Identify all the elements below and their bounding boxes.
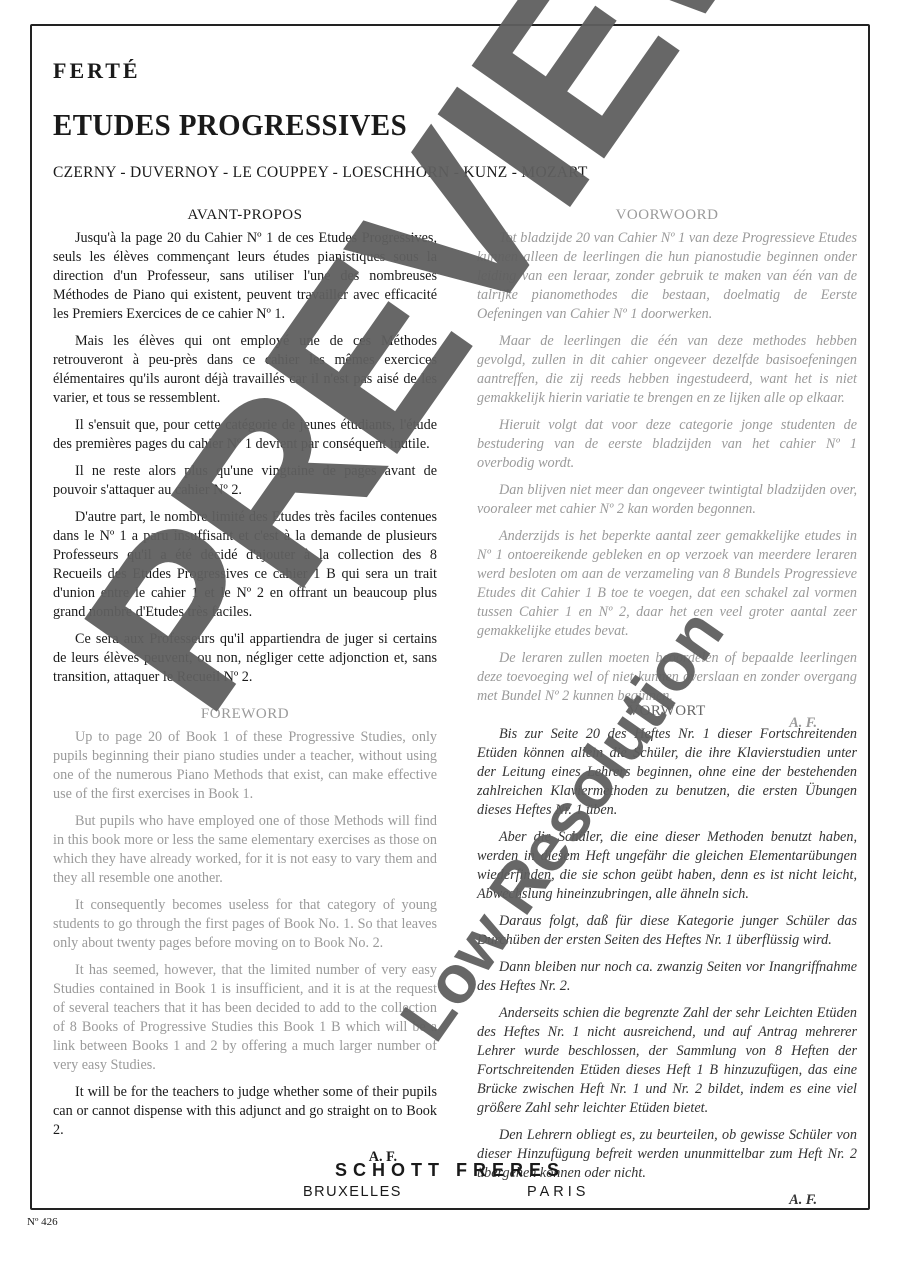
paragraph: Il s'ensuit que, pour cette catégorie de…: [53, 416, 437, 454]
paragraph: Dan blijven niet meer dan ongeveer twint…: [477, 481, 857, 519]
paragraph: It consequently becomes useless for that…: [53, 896, 437, 953]
paragraph: Mais les élèves qui ont employé une de c…: [53, 332, 437, 408]
paragraph: Anderseits schien die begrenzte Zahl der…: [477, 1004, 857, 1118]
paragraph: Dann bleiben nur noch ca. zwanzig Seiten…: [477, 958, 857, 996]
composers-line: CZERNY - DUVERNOY - LE COUPPEY - LOESCHH…: [53, 164, 588, 182]
section-dutch: VOORWOORD Tot bladzijde 20 van Cahier Nº…: [477, 206, 857, 733]
paragraph: Up to page 20 of Book 1 of these Progres…: [53, 728, 437, 804]
section-german: VORWORT Bis zur Seite 20 des Heftes Nr. …: [477, 702, 857, 1210]
paragraph: Daraus folgt, daß für diese Kategorie ju…: [477, 912, 857, 950]
section-english: FOREWORD Up to page 20 of Book 1 of thes…: [53, 705, 437, 1167]
paragraph: Bis zur Seite 20 des Heftes Nr. 1 dieser…: [477, 725, 857, 820]
paragraph: But pupils who have employed one of thos…: [53, 812, 437, 888]
header: FERTÉ: [53, 58, 141, 84]
paragraph: It has seemed, however, that the limited…: [53, 961, 437, 1075]
paragraph: Hieruit volgt dat voor deze categorie jo…: [477, 416, 857, 473]
section-title-english: FOREWORD: [53, 705, 437, 724]
publisher-name: SCHOTT FRERES: [0, 1160, 900, 1181]
paragraph: D'autre part, le nombre limité des Etude…: [53, 508, 437, 622]
paragraph: De leraren zullen moeten beoordelen of b…: [477, 649, 857, 706]
paragraph: It will be for the teachers to judge whe…: [53, 1083, 437, 1140]
paragraph: Anderzijds is het beperkte aantal zeer g…: [477, 527, 857, 641]
page-title: ETUDES PROGRESSIVES: [53, 107, 407, 143]
section-title-german: VORWORT: [477, 702, 857, 721]
catalog-number: Nº 426: [27, 1216, 58, 1228]
composer-name: FERTÉ: [53, 58, 141, 84]
section-french: AVANT-PROPOS Jusqu'à la page 20 du Cahie…: [53, 206, 437, 695]
paragraph: Tot bladzijde 20 van Cahier Nº 1 van dez…: [477, 229, 857, 324]
paragraph: Maar de leerlingen die één van deze meth…: [477, 332, 857, 408]
paragraph: Ce sera aux Professeurs qu'il appartiend…: [53, 630, 437, 687]
publisher-block: SCHOTT FRERES BRUXELLES PARIS: [0, 1160, 900, 1181]
city-paris: PARIS: [527, 1184, 589, 1200]
section-title-french: AVANT-PROPOS: [53, 206, 437, 225]
section-title-dutch: VOORWOORD: [477, 206, 857, 225]
paragraph: Aber die Schüler, die eine dieser Method…: [477, 828, 857, 904]
paragraph: Il ne reste alors plus qu'une vingtaine …: [53, 462, 437, 500]
paragraph: Jusqu'à la page 20 du Cahier Nº 1 de ces…: [53, 229, 437, 324]
city-bruxelles: BRUXELLES: [303, 1184, 402, 1200]
